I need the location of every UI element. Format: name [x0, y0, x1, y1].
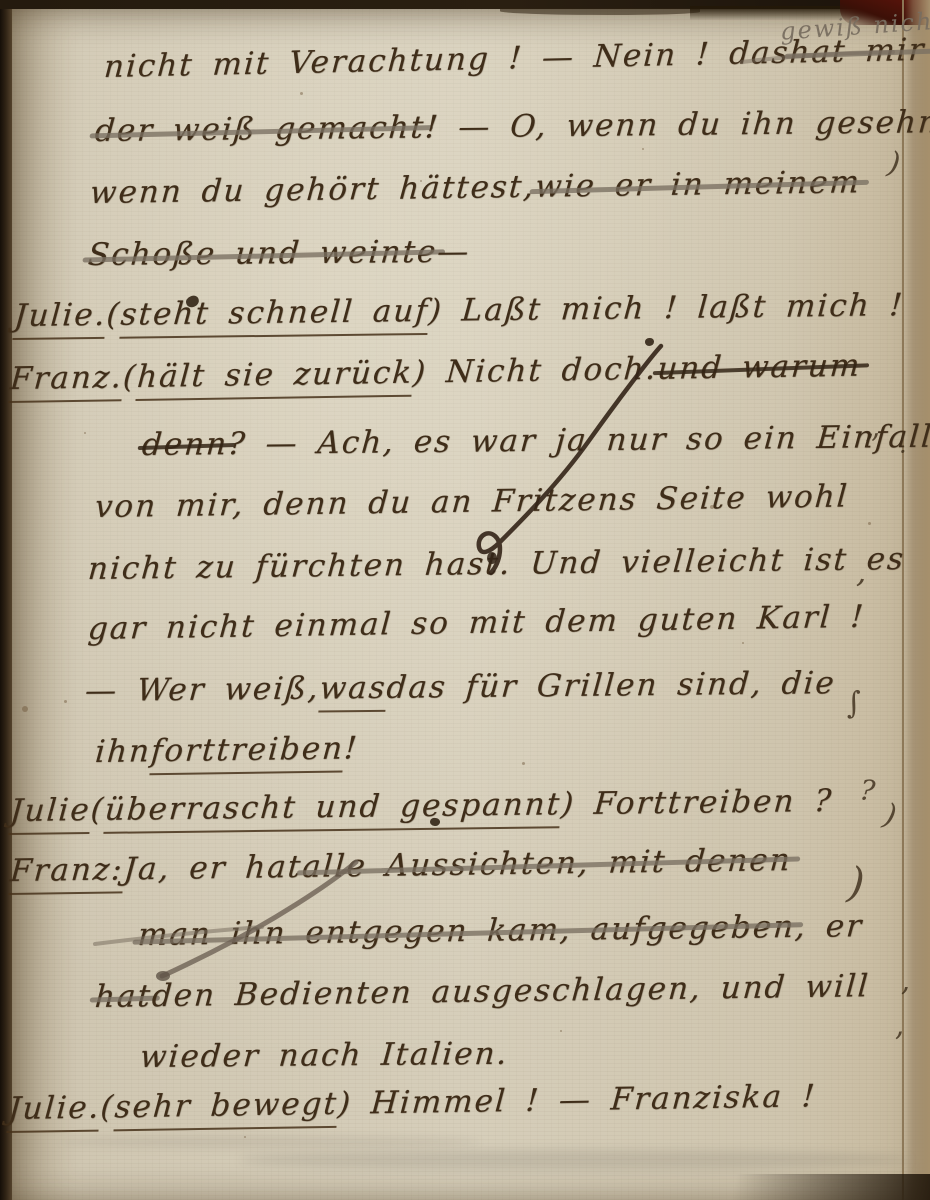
underlined-text: hält sie zurück — [136, 354, 415, 401]
manuscript-text-run: ) Himmel ! — Franziska ! — [337, 1077, 818, 1123]
paper-speck — [560, 1030, 562, 1032]
manuscript-text-run: ! — [343, 729, 360, 768]
ink-struck-text: denn — [141, 425, 230, 465]
manuscript-text-run: ) Forttreiben ? — [560, 782, 835, 824]
underlined-text: Franz: — [8, 850, 125, 894]
underlined-text: Franz. — [8, 358, 124, 403]
manuscript-line: — Wer weiß, was das für Grillen sind, di… — [83, 664, 837, 715]
pencil-struck-text: wie er in meinem — [534, 163, 863, 206]
manuscript-text-run: ? — Ach, es war ja nur so ein Einfall — [227, 418, 930, 464]
paper-speck — [742, 642, 744, 644]
paper-speck — [420, 180, 422, 182]
stray-ink-mark: ∫ — [845, 685, 863, 721]
paper-speck — [702, 1092, 704, 1094]
ink-struck-text: und warum — [656, 347, 863, 389]
paper-speck — [642, 148, 644, 150]
paper-speck — [84, 432, 86, 434]
manuscript-text-run: — — [436, 233, 472, 272]
paper-speck — [352, 1062, 355, 1065]
underlined-text: Julie. — [6, 1089, 101, 1133]
manuscript-text-run: ) Nicht doch. — [412, 350, 659, 393]
manuscript-line: Schoße und weinte — — [86, 233, 471, 275]
underlined-text: forttreiben — [149, 729, 345, 774]
manuscript-text-run: Ja, er hat — [122, 848, 303, 889]
book-binding-left-edge — [0, 0, 12, 1200]
paper-speck — [822, 428, 824, 430]
stray-ink-mark: · — [899, 438, 907, 466]
pencil-struck-text: der weiß gemacht — [94, 109, 427, 151]
manuscript-line: wieder nach Italien. — [138, 1035, 510, 1077]
bottom-smudge — [60, 1136, 480, 1148]
pencil-struck-text: hat — [94, 977, 154, 1017]
manuscript-text-run: , er — [794, 907, 865, 947]
bottom-right-shadow — [680, 1174, 930, 1200]
paper-speck — [648, 918, 650, 920]
paper-speck — [185, 262, 188, 265]
fore-edge-right — [902, 0, 930, 1200]
underlined-text: Julie. — [12, 296, 108, 340]
paper-speck — [868, 522, 871, 525]
underlined-text: Julie — [8, 791, 92, 835]
manuscript-text-run: — Wer weiß, — [84, 670, 322, 711]
underlined-text: steht schnell auf — [119, 292, 430, 339]
manuscript-text-run: wenn du gehört hättest, — [89, 168, 537, 213]
paper-speck — [300, 92, 303, 95]
underlined-text: was — [318, 669, 388, 712]
manuscript-text-run: das für Grillen sind, die — [385, 664, 837, 707]
paper-speck — [22, 706, 28, 712]
pencil-struck-text: hat mir — [788, 31, 926, 73]
paper-speck — [710, 505, 714, 509]
pencil-struck-text: man ihn entgegen kam, aufgegeben — [137, 908, 797, 955]
manuscript-line: denn ? — Ach, es war ja nur so ein Einfa… — [141, 418, 930, 465]
pencil-struck-text: alle Aussichten, mit denen — [301, 841, 793, 887]
manuscript-text-run: wieder nach Italien. — [138, 1035, 510, 1077]
paper-speck — [762, 300, 764, 302]
pencil-struck-text: Schoße und weinte — [86, 233, 438, 275]
manuscript-line: ihn forttreiben ! — [93, 729, 360, 775]
manuscript-text-run: ) Laßt mich ! laßt mich ! — [427, 286, 905, 331]
bottom-smudge — [240, 1150, 910, 1170]
paper-speck — [522, 762, 525, 765]
paper-speck — [64, 700, 67, 703]
underlined-text: überrascht und gespannt — [103, 785, 562, 833]
manuscript-text-run: ! — O, wenn du ihn gesehn, — [424, 103, 930, 147]
underlined-text: sehr bewegt — [113, 1085, 339, 1131]
manuscript-text-run: ihn — [94, 732, 153, 772]
